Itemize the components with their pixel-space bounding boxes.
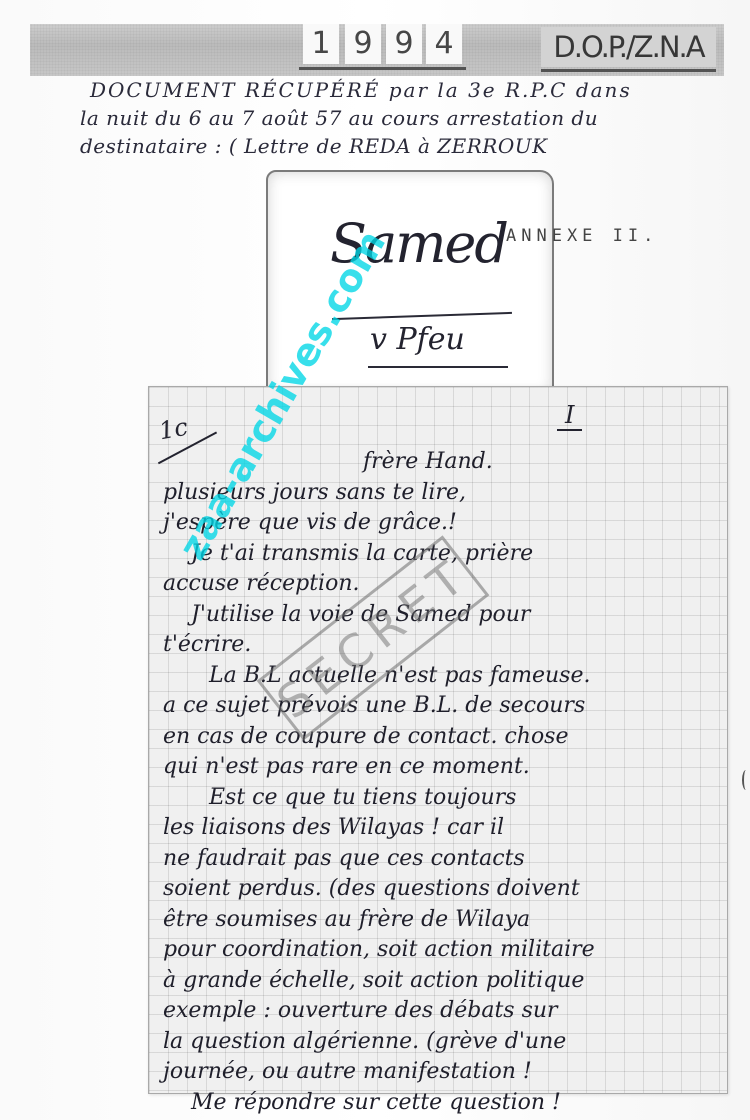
letter-line: exemple : ouverture des débats sur (163, 996, 723, 1027)
archive-code: D.O.P./Z.N.A (541, 27, 716, 67)
edge-mark (742, 770, 750, 790)
annotation-line: la nuit du 6 au 7 août 57 au cours arres… (80, 104, 740, 132)
envelope-subline: v Pfeu (370, 322, 465, 357)
letter-line: à grande échelle, soit action politique (163, 966, 723, 997)
year-digit: 9 (345, 24, 381, 64)
letter-line: soient perdus. (des questions doivent (163, 874, 723, 905)
year-digit: 1 (303, 24, 339, 64)
letter-line: les liaisons des Wilayas ! car il (163, 813, 723, 844)
annex-label: ANNEXE II. (506, 226, 658, 246)
letter-line: journée, ou autre manifestation ! (163, 1057, 723, 1088)
letter-line: en cas de coupure de contact. chose (163, 722, 723, 753)
letter-line: Me répondre sur cette question ! (163, 1088, 723, 1119)
letter-line: Est ce que tu tiens toujours (163, 783, 723, 814)
letter-line: qui n'est pas rare en ce moment. (163, 752, 723, 783)
letter-page-number: 1c (157, 413, 190, 446)
letter-line: être soumises au frère de Wilaya (163, 905, 723, 936)
letter-line: t'écrire. (163, 630, 723, 661)
underline (332, 312, 512, 320)
letter-line: la question algérienne. (grève d'une (163, 1027, 723, 1058)
letter-line: pour coordination, soit action militaire (163, 935, 723, 966)
year-digit: 9 (386, 24, 422, 64)
year-digit: 4 (426, 24, 462, 64)
header-bar: 1 9 9 4 D.O.P./Z.N.A (30, 24, 724, 76)
letter-line: La B.L actuelle n'est pas fameuse. (163, 661, 723, 692)
annotation-line: destinataire : ( Lettre de REDA à ZERROU… (80, 132, 740, 160)
annotation-line: DOCUMENT RÉCUPÉRÉ par la 3e R.P.C dans (80, 76, 740, 104)
letter-line: ne faudrait pas que ces contacts (163, 844, 723, 875)
letter-line: j'espère que vis de grâce.! (163, 508, 723, 539)
letter-roman-numeral: I (557, 401, 582, 431)
handwritten-annotation: DOCUMENT RÉCUPÉRÉ par la 3e R.P.C dans l… (80, 76, 740, 160)
letter-line: a ce sujet prévois une B.L. de secours (163, 691, 723, 722)
underline (368, 366, 508, 368)
document-page: 1 9 9 4 D.O.P./Z.N.A DOCUMENT RÉCUPÉRÉ p… (0, 0, 750, 1120)
